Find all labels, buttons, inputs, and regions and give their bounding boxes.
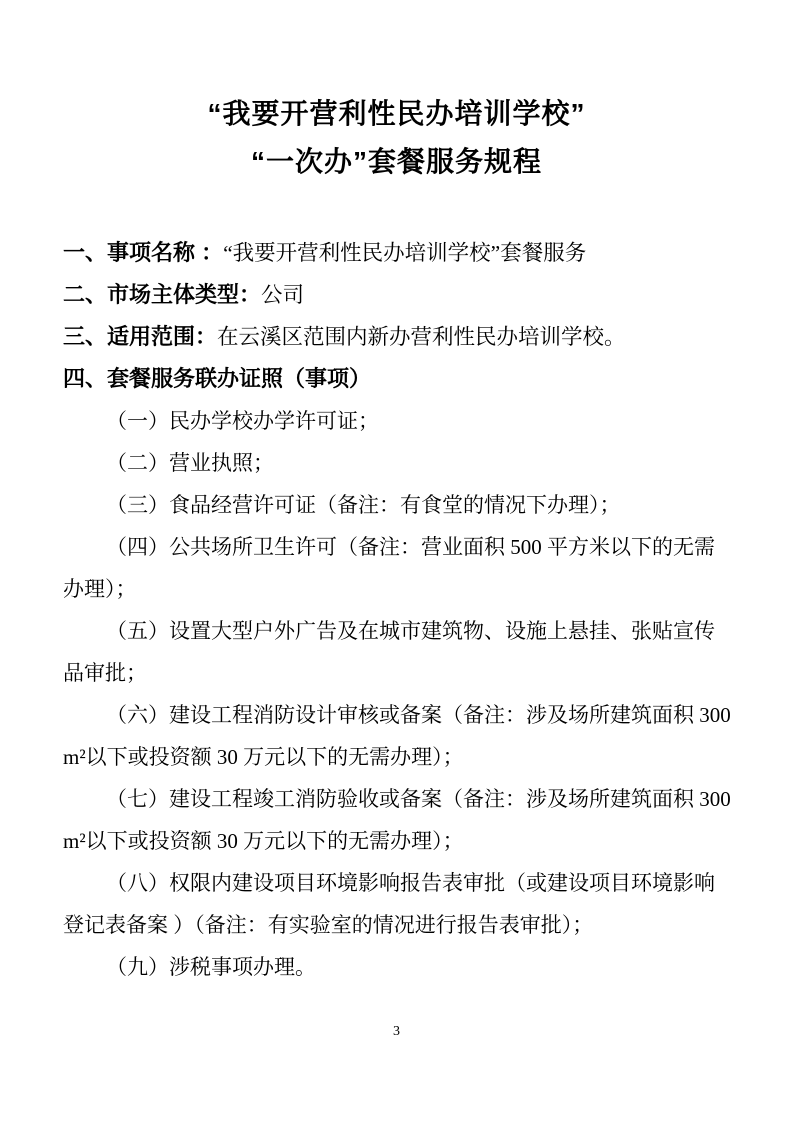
section-content: 在云溪区范围内新办营利性民办培训学校。	[217, 325, 626, 349]
section-content: “我要开营利性民办培训学校”套餐服务	[223, 241, 586, 265]
document-page: “我要开营利性民办培训学校” “一次办”套餐服务规程 一、事项名称 ：“我要开营…	[0, 0, 793, 1122]
item-line-continuation: 登记表备案 ）（备注：有实验室的情况进行报告表审批）；	[63, 904, 735, 946]
item-line-continuation: 品审批；	[63, 652, 735, 694]
item-line: （五）设置大型户外广告及在城市建筑物、设施上悬挂、张贴宣传	[63, 610, 735, 652]
item-line-continuation: 办理）；	[63, 568, 735, 610]
document-title: “我要开营利性民办培训学校” “一次办”套餐服务规程	[0, 90, 793, 186]
item-line: （八）权限内建设项目环境影响报告表审批（或建设项目环境影响	[63, 862, 735, 904]
section-label: 二、市场主体类型：	[63, 282, 261, 307]
item-line: （一）民办学校办学许可证；	[63, 400, 735, 442]
section-label: 四、套餐服务联办证照（事项）	[63, 366, 371, 391]
item-line: （三）食品经营许可证（备注：有食堂的情况下办理）；	[63, 484, 735, 526]
item-line-continuation: m²以下或投资额 30 万元以下的无需办理）；	[63, 736, 735, 778]
section-heading-1: 一、事项名称 ：“我要开营利性民办培训学校”套餐服务	[63, 232, 735, 274]
section-content: 公司	[261, 283, 304, 307]
item-line: （七）建设工程竣工消防验收或备案（备注：涉及场所建筑面积 300	[63, 778, 735, 820]
item-line-continuation: m²以下或投资额 30 万元以下的无需办理）；	[63, 820, 735, 862]
item-line: （六）建设工程消防设计审核或备案（备注：涉及场所建筑面积 300	[63, 694, 735, 736]
item-line: （二）营业执照；	[63, 442, 735, 484]
section-label: 三、适用范围：	[63, 324, 217, 349]
title-line-1: “我要开营利性民办培训学校”	[0, 90, 793, 138]
item-line: （四）公共场所卫生许可（备注：营业面积 500 平方米以下的无需	[63, 526, 735, 568]
section-heading-4: 四、套餐服务联办证照（事项）	[63, 358, 735, 400]
page-number: 3	[0, 1022, 793, 1042]
item-line: （九）涉税事项办理。	[63, 946, 735, 988]
section-heading-3: 三、适用范围：在云溪区范围内新办营利性民办培训学校。	[63, 316, 735, 358]
section-label: 一、事项名称 ：	[63, 240, 223, 265]
document-body: 一、事项名称 ：“我要开营利性民办培训学校”套餐服务 二、市场主体类型：公司 三…	[63, 232, 735, 988]
section-heading-2: 二、市场主体类型：公司	[63, 274, 735, 316]
title-line-2: “一次办”套餐服务规程	[0, 138, 793, 186]
